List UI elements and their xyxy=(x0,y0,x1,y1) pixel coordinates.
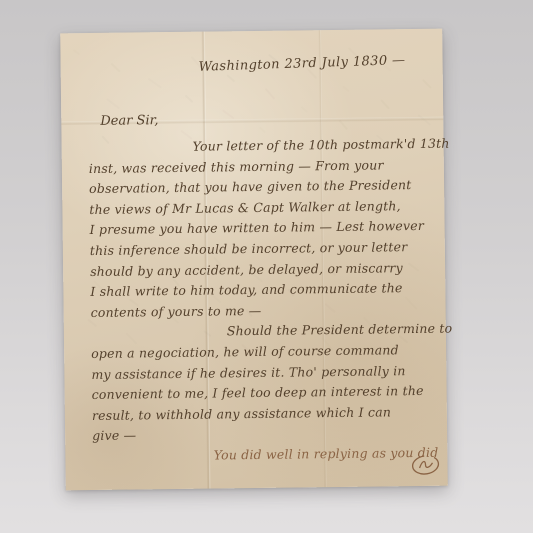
salutation: Dear Sir, xyxy=(100,113,158,129)
encircled-paraph-icon xyxy=(409,453,441,477)
letter-sheet: Washington 23rd July 1830 — Dear Sir, Yo… xyxy=(60,29,448,491)
body-line: I shall write to him today, and communic… xyxy=(90,278,440,303)
dateline: Washington 23rd July 1830 — xyxy=(198,53,405,75)
photograph-background: Washington 23rd July 1830 — Dear Sir, Yo… xyxy=(0,0,533,533)
closing-line: You did well in replying as you did xyxy=(92,443,442,468)
body-line: Your letter of the 10th postmark'd 13th xyxy=(89,134,439,159)
letter-body: Your letter of the 10th postmark'd 13th … xyxy=(89,134,443,468)
